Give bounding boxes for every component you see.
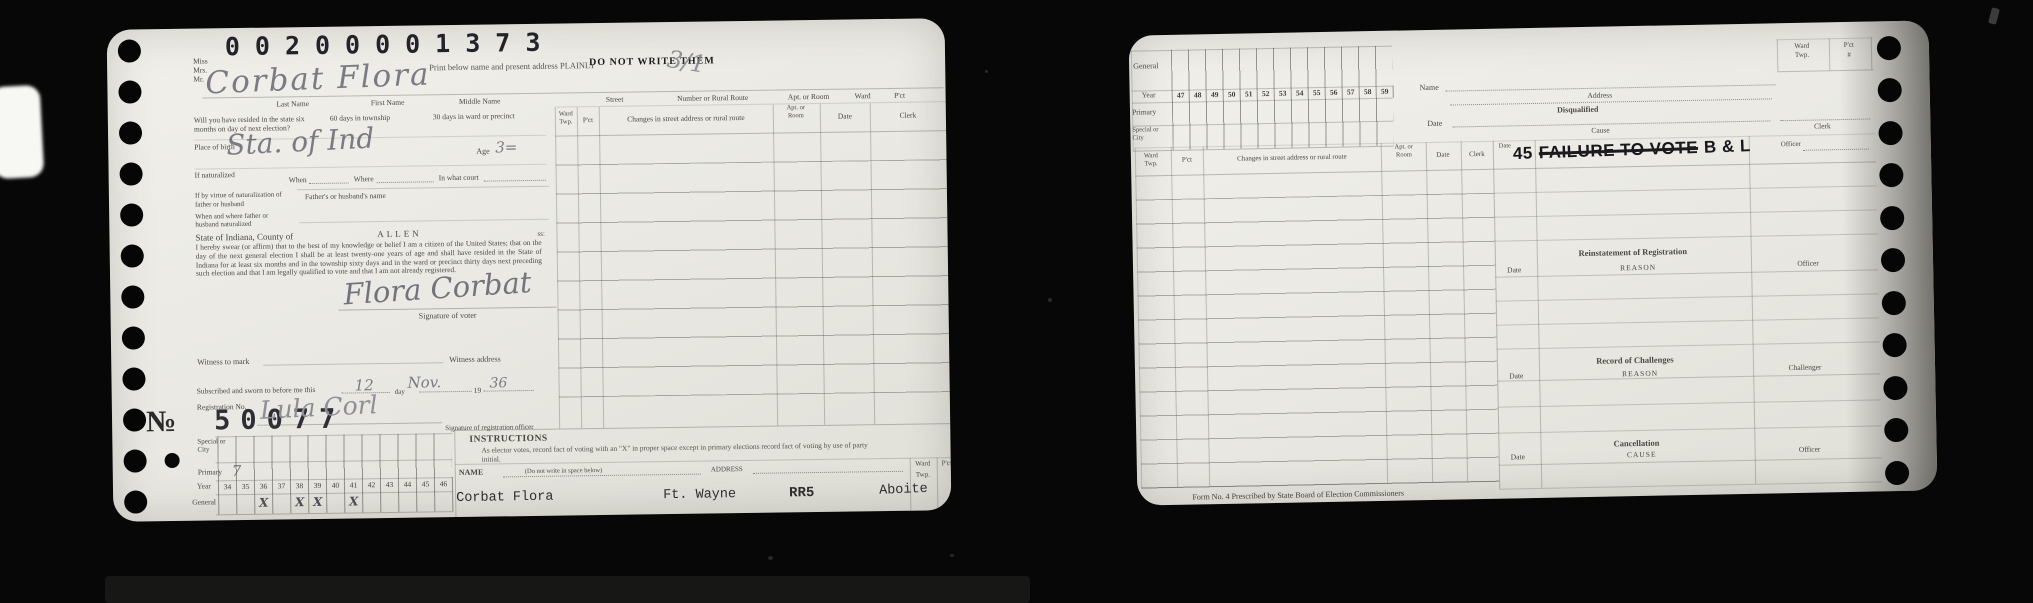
general-mark-2: X — [254, 494, 272, 514]
rule-line — [1777, 39, 1779, 71]
label-last-name: Last Name — [276, 100, 309, 109]
wardbox-ward: Ward — [1794, 42, 1809, 50]
year-cell-1: 48 — [1189, 89, 1206, 101]
wardbox-hash: # — [1847, 51, 1851, 59]
year-cell-7: 41 — [344, 478, 362, 492]
year-cell-2: 49 — [1206, 89, 1223, 101]
right-card: General Year Primary Special or City 474… — [1129, 20, 1938, 505]
blank-line — [1803, 149, 1869, 151]
label-clerk: Clerk — [1814, 122, 1831, 131]
rule-line — [1497, 373, 1880, 381]
question-thirty-days: 30 days in ward or precinct — [433, 111, 519, 121]
cancellation-date: Date — [1511, 453, 1525, 462]
grid-label-year: Year — [1142, 91, 1156, 100]
ink-dot — [165, 453, 180, 468]
changes-header-clerk: Clerk — [1469, 150, 1485, 158]
left-card: 00200001373 Print below name and present… — [107, 18, 952, 522]
sworn-year-written: 36 — [489, 375, 507, 391]
punch-hole — [119, 121, 142, 144]
rule-line — [1499, 457, 1882, 465]
general-mark-4: X — [290, 493, 308, 513]
general-mark-9 — [380, 492, 398, 512]
label-name: Name — [1420, 83, 1439, 93]
reinstatement-date: Date — [1507, 266, 1521, 275]
stamp-struck-text: FAILURE TO VOTE — [1538, 138, 1698, 162]
blank-line — [484, 180, 546, 182]
label-where: Where — [354, 175, 374, 184]
changes-header-apt: Apt. or Room — [780, 104, 812, 119]
label-disqualified: Disqualified — [1557, 105, 1599, 115]
punch-hole — [1882, 291, 1906, 315]
changes-table-rows — [1136, 193, 1500, 506]
grid-label-special: Special or City — [1132, 126, 1162, 142]
year-cell-4: 38 — [290, 479, 308, 493]
punch-hole — [119, 162, 142, 185]
challenges-title: Record of Challenges — [1596, 355, 1674, 366]
blank-line — [753, 471, 903, 474]
cancellation-officer: Officer — [1799, 446, 1821, 455]
punch-hole — [1881, 248, 1905, 272]
label-signature-of-voter: Signature of voter — [419, 311, 477, 321]
rule-line — [299, 219, 549, 223]
rule-line — [1495, 233, 1878, 241]
general-mark-1 — [236, 494, 254, 514]
punch-hole — [1878, 78, 1902, 102]
year-cell-12: 46 — [434, 477, 452, 491]
punch-hole — [1885, 461, 1909, 485]
label-pct: P'ct — [894, 92, 905, 101]
grid-label-general: General — [1133, 61, 1158, 71]
rule-line — [297, 186, 549, 191]
title-option-mr: Mr. — [193, 76, 204, 85]
rule-line — [1777, 69, 1873, 72]
punch-hole — [118, 39, 141, 62]
rule-line — [1499, 481, 1882, 489]
year-cell-4: 51 — [1240, 88, 1257, 100]
rule-line — [1777, 37, 1873, 40]
print-note: Print below name and present address PLA… — [429, 61, 595, 73]
label-number-rural-route: Number or Rural Route — [677, 94, 748, 104]
affidavit-ss: ss: — [537, 230, 545, 238]
officer-signature: Lula Corl — [259, 390, 378, 425]
year-cell-0: 34 — [218, 480, 236, 494]
punch-hole — [123, 449, 146, 472]
blank-line — [377, 181, 434, 183]
sworn-year-printed: 19 — [474, 387, 482, 396]
punch-hole — [1878, 121, 1902, 145]
stamp-prefix: 45 — [1513, 143, 1534, 163]
label-father-name: Father's or husband's name — [305, 192, 386, 202]
general-mark-5: X — [308, 493, 326, 513]
general-mark-10 — [398, 492, 416, 512]
failure-officer-label: Officer — [1781, 140, 1801, 148]
rule-line — [263, 362, 443, 366]
label-general: General — [192, 498, 216, 507]
dust-speck — [768, 556, 773, 560]
typed-city: Ft. Wayne — [663, 487, 736, 503]
label-witness-address: Witness address — [449, 354, 501, 364]
label-if-naturalized: If naturalized — [195, 171, 243, 180]
rule-line — [1498, 425, 1881, 433]
punch-hole — [123, 408, 146, 431]
film-strip-bottom — [105, 576, 1030, 603]
label-cause: Cause — [1591, 127, 1610, 136]
cancellation-cause: CAUSE — [1627, 451, 1657, 460]
general-mark-12 — [434, 491, 452, 511]
year-cell-12: 59 — [1376, 86, 1393, 98]
rule-line — [555, 130, 946, 136]
label-witness-to-mark: Witness to mark — [197, 357, 249, 367]
rule-line — [1829, 38, 1831, 70]
label-address: Address — [1587, 91, 1612, 100]
year-cell-1: 35 — [236, 480, 254, 494]
year-cell-11: 58 — [1359, 86, 1376, 98]
blank-line — [1452, 120, 1770, 127]
year-cell-10: 57 — [1342, 86, 1359, 98]
rule-line — [1494, 185, 1877, 193]
year-cell-5: 39 — [308, 479, 326, 493]
label-address-col: ADDRESS — [711, 465, 743, 473]
rule-line — [454, 430, 456, 517]
failure-date-label: Date — [1499, 142, 1511, 150]
label-apt-room: Apt. or Room — [788, 93, 830, 102]
reinstatement-title: Reinstatement of Registration — [1578, 247, 1687, 259]
punch-hole — [1882, 333, 1906, 357]
label-date: Date — [1427, 119, 1442, 128]
year-cell-8: 42 — [362, 478, 380, 492]
rule-line — [1496, 317, 1879, 325]
year-cell-11: 45 — [416, 477, 434, 491]
sworn-day-label: day — [395, 388, 405, 396]
changes-header-clerk: Clerk — [899, 112, 916, 121]
rule-line — [1494, 209, 1877, 217]
rule-line — [1498, 399, 1881, 407]
general-mark-8 — [362, 492, 380, 512]
punch-hole — [121, 244, 144, 267]
year-cell-10: 44 — [398, 478, 416, 492]
label-first-name: First Name — [371, 99, 405, 108]
punch-hole — [118, 80, 141, 103]
label-middle-name: Middle Name — [459, 97, 501, 106]
written-place-of-birth: Sta. of Ind — [225, 122, 375, 162]
microfilm-frame: { "left_card": { "serial_stamp": "002000… — [0, 0, 2033, 603]
rule-line — [195, 164, 547, 170]
label-pct-col: P'ct — [942, 459, 952, 467]
rule-line — [1871, 37, 1873, 69]
typed-township: Aboite — [879, 482, 928, 499]
label-when-where-father: When and where father or husband natural… — [195, 211, 293, 228]
reinstatement-reason: REASON — [1620, 264, 1656, 273]
wardbox-pct: P'ct — [1844, 41, 1854, 49]
label-ward: Ward — [855, 92, 871, 101]
rule-line — [937, 457, 939, 510]
label-by-virtue: If by virtue of naturalization of father… — [195, 190, 285, 208]
rule-line — [1135, 161, 1876, 176]
cancellation-title: Cancellation — [1613, 439, 1659, 450]
rule-line — [1497, 341, 1880, 349]
general-mark-11 — [416, 491, 434, 511]
changes-header-ward: Ward — [559, 110, 573, 118]
sworn-month-written: Nov. — [407, 373, 441, 391]
grid-label-primary: Primary — [1132, 108, 1156, 117]
reinstatement-officer: Officer — [1797, 260, 1819, 269]
label-twp-col: Twp. — [916, 470, 930, 478]
label-year: Year — [197, 482, 211, 491]
changes-header-changes: Changes in street address or rural route — [627, 114, 745, 124]
dust-speck — [985, 70, 988, 73]
label-when: When — [289, 176, 307, 185]
punch-hole — [124, 490, 147, 513]
no-symbol: № — [146, 405, 177, 440]
affidavit-county: ALLEN — [377, 228, 422, 239]
year-cell-9: 56 — [1325, 87, 1342, 99]
punch-hole — [1877, 36, 1901, 60]
changes-header-date: Date — [1436, 151, 1449, 159]
year-cell-3: 37 — [272, 479, 290, 493]
year-cell-7: 54 — [1291, 87, 1308, 99]
year-cell-6: 40 — [326, 479, 344, 493]
year-cell-6: 53 — [1274, 88, 1291, 100]
label-street: Street — [606, 96, 624, 105]
rule-line — [1495, 269, 1878, 277]
grid-row-special — [217, 433, 451, 462]
punch-hole — [120, 203, 143, 226]
changes-header-pct: P'ct — [583, 116, 593, 124]
changes-header-pct: P'ct — [1182, 156, 1192, 164]
typed-name: Corbat Flora — [456, 490, 553, 506]
label-ward-col: Ward — [915, 459, 930, 467]
general-mark-3 — [272, 493, 290, 513]
punch-hole — [122, 367, 145, 390]
changes-header-date: Date — [838, 112, 852, 121]
general-mark-7: X — [344, 492, 362, 512]
punch-hole — [1879, 163, 1903, 187]
dust-speck — [1988, 7, 2000, 25]
changes-header-changes: Changes in street address or rural route — [1237, 153, 1347, 163]
light-leak-blob — [0, 85, 44, 179]
year-cell-3: 50 — [1223, 89, 1240, 101]
general-mark-0 — [218, 494, 236, 514]
dust-speck — [1048, 298, 1052, 302]
changes-header-twp: Twp. — [559, 118, 572, 126]
blank-line — [309, 183, 349, 185]
label-name-col: NAME — [459, 468, 484, 478]
written-age: 3= — [495, 138, 517, 156]
stamp-suffix: B & L — [1704, 136, 1751, 157]
punch-hole — [1884, 418, 1908, 442]
changes-header-twp: Twp. — [1144, 160, 1157, 168]
year-cell-5: 52 — [1257, 88, 1274, 100]
blank-line — [484, 390, 534, 392]
punch-hole — [122, 326, 145, 349]
year-cell-8: 55 — [1308, 87, 1325, 99]
punch-hole — [121, 285, 144, 308]
serial-stamp: 00200001373 — [225, 28, 556, 62]
wardbox-twp: Twp. — [1795, 51, 1809, 59]
label-in-what-court: In what court — [439, 174, 479, 183]
dust-speck — [950, 554, 954, 557]
label-age: Age — [476, 147, 489, 156]
year-cell-0: 47 — [1172, 90, 1189, 102]
rule-line — [1496, 293, 1879, 301]
year-cell-2: 36 — [254, 480, 272, 494]
punch-hole — [1883, 376, 1907, 400]
challenges-challenger: Challenger — [1789, 363, 1822, 372]
corner-scrawl: 3/1 — [665, 45, 708, 79]
blank-line — [420, 391, 472, 393]
punch-hole — [1880, 206, 1904, 230]
grid-row-general — [1171, 46, 1393, 90]
changes-header-ward: Ward — [1144, 152, 1158, 160]
general-mark-6 — [326, 493, 344, 513]
changes-table-rows — [556, 159, 950, 397]
year-cell-9: 43 — [380, 478, 398, 492]
typed-route: RR5 — [789, 485, 814, 501]
